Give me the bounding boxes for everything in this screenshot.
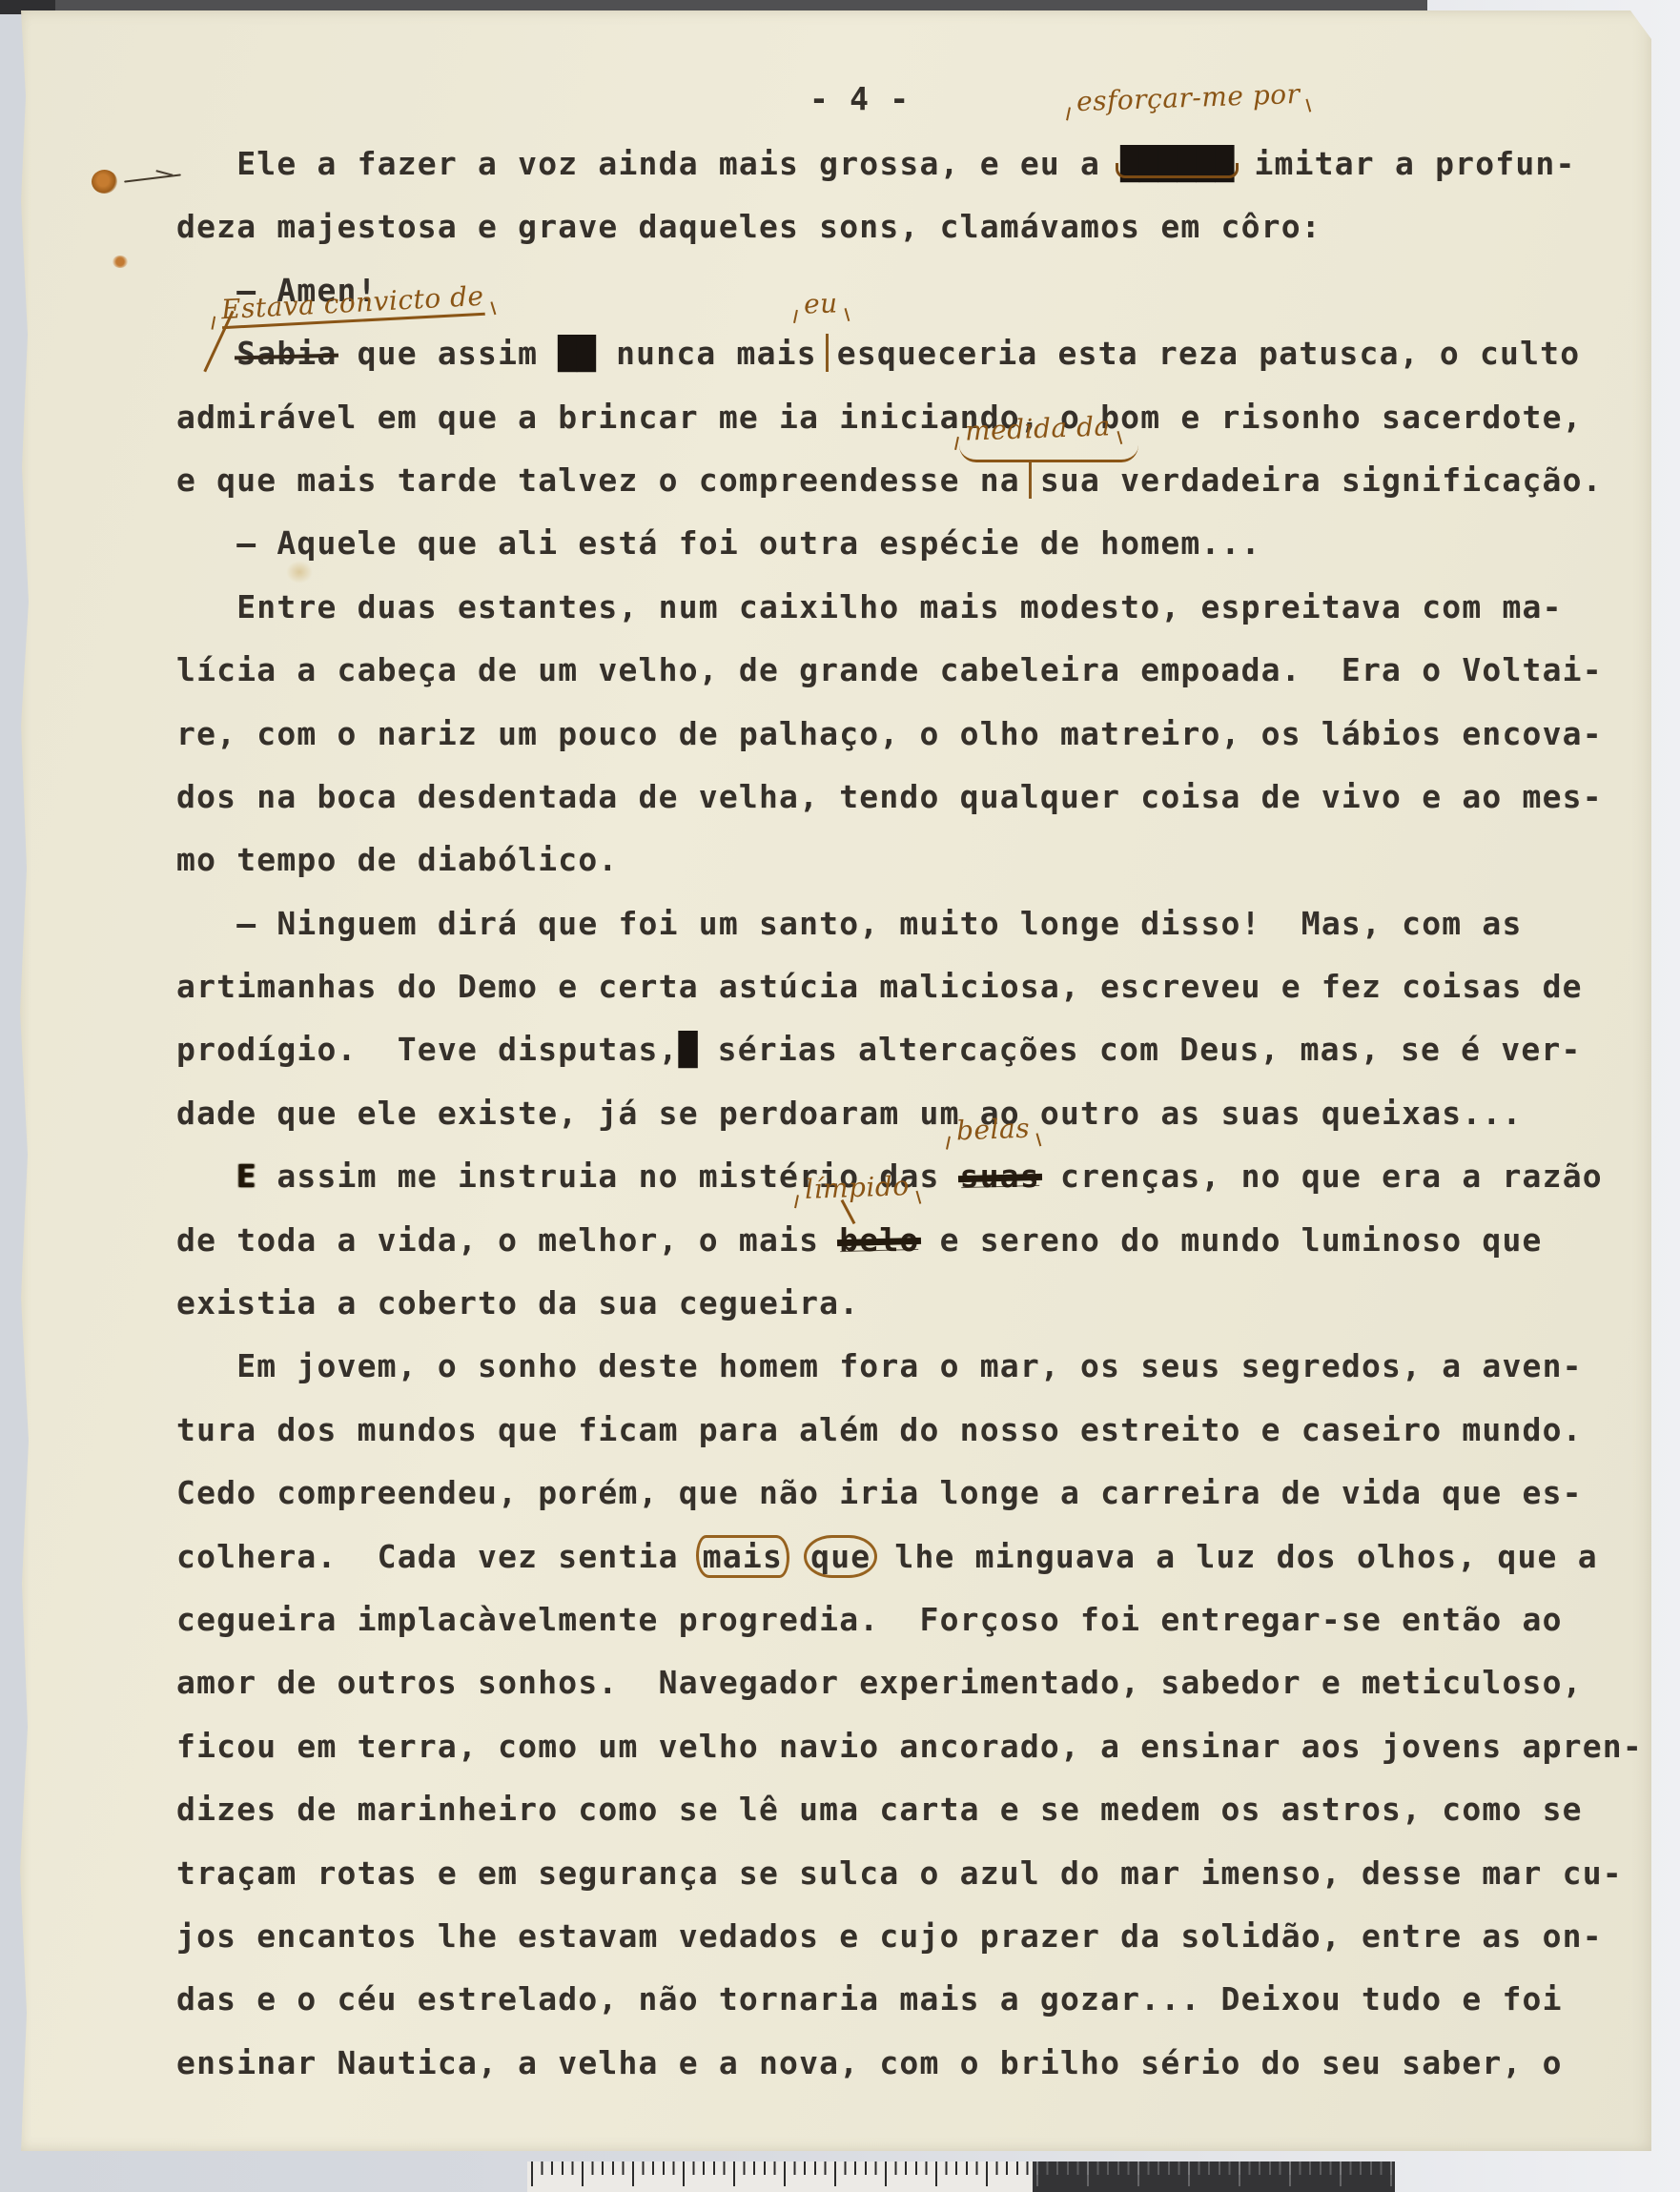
foxing-spot xyxy=(113,256,128,268)
typed-line: Em jovem, o sonho deste homem fora o mar… xyxy=(176,1335,1664,1398)
typed-line: ficou em terra, como um velho navio anco… xyxy=(176,1715,1664,1778)
ruler-ticks xyxy=(1036,2161,1395,2186)
typed-line: dade que ele existe, já se perdoaram um … xyxy=(176,1082,1664,1145)
typed-text-segment: lhe minguava a luz dos olhos, que a xyxy=(874,1538,1597,1575)
typed-line: Entre duas estantes, num caixilho mais m… xyxy=(176,576,1664,639)
typed-line: tura dos mundos que ficam para além do n… xyxy=(176,1399,1664,1462)
scale-ruler-dark-segment xyxy=(1033,2161,1395,2192)
typed-text-segment: de toda a vida, o melhor, o mais xyxy=(176,1221,839,1259)
typed-text-segment: nunca mais xyxy=(596,335,817,372)
typed-line: cegueira implacàvelmente progredia. Forç… xyxy=(176,1588,1664,1651)
page-number: - 4 - xyxy=(809,80,910,128)
typed-line: colhera. Cada vez sentia mais que lhe mi… xyxy=(176,1526,1664,1588)
typed-line: e que mais tarde talvez o compreendesse … xyxy=(176,449,1664,512)
insertion-caret-mark: eu xyxy=(817,334,837,372)
redacted-word: ██ xyxy=(558,335,596,372)
circled-word: mais xyxy=(696,1535,789,1578)
ruler-ticks xyxy=(531,2161,1033,2186)
typed-line: re, com o nariz um pouco de palhaço, o o… xyxy=(176,703,1664,766)
typed-line: mo tempo de diabólico. xyxy=(176,829,1664,891)
typed-text-segment: e que mais tarde talvez o compreendesse … xyxy=(176,461,1020,499)
scale-ruler-light-segment xyxy=(527,2161,1033,2192)
overinked-letter: E xyxy=(236,1157,256,1195)
handwritten-annotation: medida da xyxy=(964,410,1111,446)
typed-line: das e o céu estrelado, não tornaria mais… xyxy=(176,1968,1664,2031)
typed-line: lícia a cabeça de um velho, de grande ca… xyxy=(176,639,1664,702)
redacted-character: █ xyxy=(679,1031,698,1068)
typed-text-segment: crenças, no que era a razão xyxy=(1040,1157,1603,1195)
typed-line: prodígio. Teve disputas,█ sérias alterca… xyxy=(176,1018,1664,1081)
typed-line: dos na boca desdentada de velha, tendo q… xyxy=(176,766,1664,829)
foxing-spot xyxy=(92,170,117,194)
redacted-word: ██████esforçar-me por xyxy=(1120,145,1234,182)
typed-line: — Ninguem dirá que foi um santo, muito l… xyxy=(176,892,1664,955)
struck-word: suasbelas xyxy=(960,1157,1040,1195)
handwritten-annotation: belas xyxy=(955,1113,1030,1147)
typed-text-segment: colhera. Cada vez sentia xyxy=(176,1538,699,1575)
typed-text-segment: sérias altercações com Deus, mas, se é v… xyxy=(698,1031,1582,1068)
typed-line: Ele a fazer a voz ainda mais grossa, e e… xyxy=(176,133,1664,195)
typed-text-segment xyxy=(176,1157,236,1195)
typed-text-segment: que assim xyxy=(338,335,559,372)
struck-word: belolímpido xyxy=(839,1221,919,1259)
typed-line: ensinar Nautica, a velha e a nova, com o… xyxy=(176,2032,1664,2095)
typed-line: Cedo compreendeu, porém, que não iria lo… xyxy=(176,1462,1664,1525)
typed-text-block: Ele a fazer a voz ainda mais grossa, e e… xyxy=(176,133,1664,2095)
typed-line: deza majestosa e grave daqueles sons, cl… xyxy=(176,195,1664,258)
typed-line: dizes de marinheiro como se lê uma carta… xyxy=(176,1778,1664,1841)
insertion-caret-mark: medida da xyxy=(1020,461,1040,499)
typed-text-segment: sua verdadeira significação. xyxy=(1040,461,1603,499)
typed-line: admirável em que a brincar me ia inician… xyxy=(176,386,1664,449)
typed-line: traçam rotas e em segurança se sulca o a… xyxy=(176,1842,1664,1905)
handwritten-annotation: límpido xyxy=(805,1170,911,1205)
typed-line: artimanhas do Demo e certa astúcia malic… xyxy=(176,955,1664,1018)
typed-text-segment: Ele a fazer a voz ainda mais grossa, e e… xyxy=(176,145,1120,182)
typed-text-segment: e sereno do mundo luminoso que xyxy=(920,1221,1543,1259)
typed-text-segment: prodígio. Teve disputas, xyxy=(176,1031,679,1068)
handwritten-annotation: eu xyxy=(803,288,838,320)
circled-word: que xyxy=(804,1535,877,1578)
typed-line: de toda a vida, o melhor, o mais belolím… xyxy=(176,1209,1664,1272)
typed-line: existia a coberto da sua cegueira. xyxy=(176,1272,1664,1335)
scanned-manuscript-page: - 4 - Ele a fazer a voz ainda mais gross… xyxy=(0,0,1680,2192)
typed-text-segment: imitar a profun- xyxy=(1234,145,1575,182)
typed-text-segment: esqueceria esta reza patusca, o culto xyxy=(837,335,1581,372)
typed-line: — Aquele que ali está foi outra espécie … xyxy=(176,512,1664,575)
typed-line: amor de outros sonhos. Navegador experim… xyxy=(176,1651,1664,1714)
struck-word: SabiaEstava convicto de xyxy=(236,335,337,372)
typed-line: SabiaEstava convicto de que assim ██ nun… xyxy=(176,322,1664,385)
typed-line: jos encantos lhe estavam vedados e cujo … xyxy=(176,1905,1664,1968)
